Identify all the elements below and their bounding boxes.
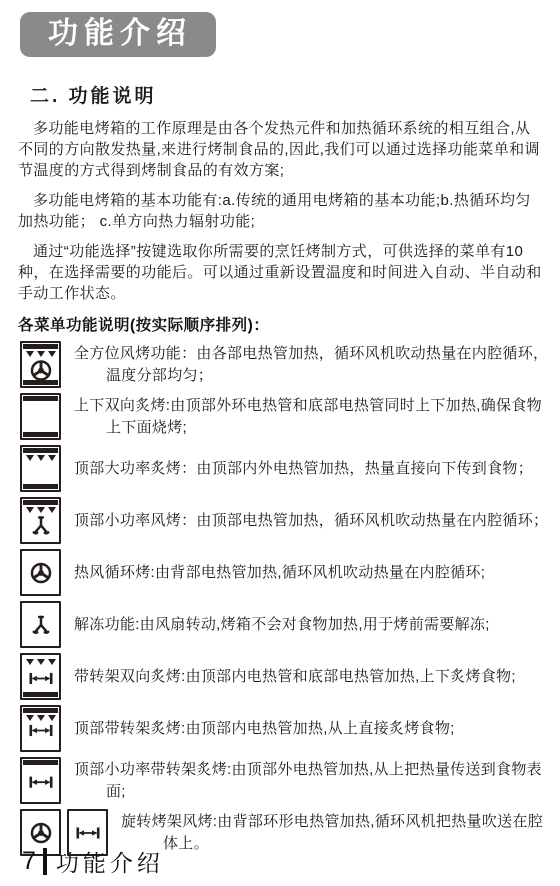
item-text: 带转架双向炙烤:由顶部内电热管和底部电热管加热,上下炙烤食物;	[74, 668, 516, 685]
top-high-power-grill-icon	[20, 445, 61, 492]
function-list: 1、全方位风烤功能：由各部电热管加热，循环风机吹动热量在内腔循环，温度分部均匀；…	[20, 341, 550, 856]
item-icon-strip	[20, 705, 61, 752]
item-description: 4、顶部小功率风烤：由顶部电热管加热，循环风机吹动热量在内腔循环；	[74, 510, 548, 532]
paragraph: 通过“功能选择”按键选取你所需要的烹饪烤制方式，可供选择的菜单有10种，在选择需…	[18, 241, 542, 304]
item-text: 旋转烤架风烤:由背部环形电热管加热,循环风机把热量吹送在腔体上。	[121, 813, 543, 852]
all-around-fan-bake-icon	[20, 341, 61, 388]
footer-divider	[43, 848, 47, 875]
manual-page: 功能介绍 二. 功能说明 多功能电烤箱的工作原理是由各个发热元件和加热循环系统的…	[0, 0, 560, 886]
function-list-item: 9、顶部小功率带转架炙烤:由顶部外电热管加热,从上把热量传送到食物表面;	[20, 757, 550, 804]
item-icon-strip	[20, 497, 61, 544]
item-description: 7、带转架双向炙烤:由顶部内电热管和底部电热管加热,上下炙烤食物;	[74, 666, 516, 688]
page-footer: 7 功能介绍	[22, 845, 164, 878]
page-number: 7	[22, 847, 36, 876]
top-heat-bar	[23, 708, 58, 713]
wheel-fan-glyph	[29, 359, 52, 382]
heat-element-triangles	[22, 659, 59, 665]
bottom-heat-bar	[23, 692, 58, 697]
propeller-glyph	[30, 614, 51, 635]
spit-glyph	[75, 825, 101, 840]
item-text: 解冻功能:由风扇转动,烤箱不会对食物加热,用于烤前需要解冻;	[74, 616, 490, 633]
item-icon-strip	[20, 341, 61, 388]
top-heat-bar	[23, 760, 58, 765]
propeller-glyph	[30, 515, 51, 536]
item-icon-strip	[20, 601, 61, 648]
function-list-item: 8、顶部带转架炙烤:由顶部内电热管加热,从上直接炙烤食物;	[20, 705, 550, 752]
item-icon-strip	[20, 445, 61, 492]
bottom-heat-bar	[23, 484, 58, 489]
top-heat-bar	[23, 448, 58, 453]
function-list-item: 5、热风循环烤:由背部电热管加热,循环风机吹动热量在内腔循环;	[20, 549, 550, 596]
item-description: 3、顶部大功率炙烤：由顶部内外电热管加热，热量直接向下传到食物；	[74, 458, 533, 480]
wheel-fan-glyph	[29, 561, 52, 584]
intro-paragraphs: 多功能电烤箱的工作原理是由各个发热元件和加热循环系统的相互组合,从不同的方向散发…	[18, 118, 542, 304]
spit-glyph	[28, 671, 54, 686]
item-description: 9、顶部小功率带转架炙烤:由顶部外电热管加热,从上把热量传送到食物表面;	[74, 759, 550, 803]
function-list-item: 1、全方位风烤功能：由各部电热管加热，循环风机吹动热量在内腔循环，温度分部均匀；	[20, 341, 550, 388]
top-heat-bar	[23, 396, 58, 401]
menu-list-heading: 各菜单功能说明(按实际顺序排列)：	[18, 313, 560, 335]
top-heat-bar	[23, 344, 58, 349]
paragraph: 多功能电烤箱的工作原理是由各个发热元件和加热循环系统的相互组合,从不同的方向散发…	[18, 118, 542, 181]
item-description: 10、旋转烤架风烤:由背部环形电热管加热,循环风机把热量吹送在腔体上。	[121, 811, 550, 855]
spit-glyph	[28, 774, 54, 789]
function-list-item: 7、带转架双向炙烤:由顶部内电热管和底部电热管加热,上下炙烤食物;	[20, 653, 550, 700]
heat-element-triangles	[22, 455, 59, 461]
item-text: 顶部小功率带转架炙烤:由顶部外电热管加热,从上把热量传送到食物表面;	[74, 761, 542, 800]
wheel-fan-glyph	[29, 821, 52, 844]
item-icon-strip	[20, 549, 61, 596]
item-text: 上下双向炙烤:由顶部外环电热管和底部电热管同时上下加热,确保食物上下面烧烤;	[74, 397, 542, 436]
rotisserie-dual-grill-icon	[20, 653, 61, 700]
function-list-item: 2、上下双向炙烤:由顶部外环电热管和底部电热管同时上下加热,确保食物上下面烧烤;	[20, 393, 550, 440]
rotisserie-low-power-icon	[20, 757, 61, 804]
item-description: 1、全方位风烤功能：由各部电热管加热，循环风机吹动热量在内腔循环，温度分部均匀；	[74, 343, 550, 387]
bottom-heat-bar	[23, 380, 58, 385]
item-description: 8、顶部带转架炙烤:由顶部内电热管加热,从上直接炙烤食物;	[74, 718, 455, 740]
top-heat-bar	[23, 500, 58, 505]
heat-element-triangles	[22, 715, 59, 721]
page-banner: 功能介绍	[20, 12, 216, 57]
rotisserie-top-grill-icon	[20, 705, 61, 752]
item-icon-strip	[20, 757, 61, 804]
item-description: 5、热风循环烤:由背部电热管加热,循环风机吹动热量在内腔循环;	[74, 562, 485, 584]
hot-air-circulation-icon	[20, 549, 61, 596]
item-description: 2、上下双向炙烤:由顶部外环电热管和底部电热管同时上下加热,确保食物上下面烧烤;	[74, 395, 550, 439]
item-description: 6、解冻功能:由风扇转动,烤箱不会对食物加热,用于烤前需要解冻;	[74, 614, 490, 636]
item-text: 全方位风烤功能：由各部电热管加热，循环风机吹动热量在内腔循环，温度分部均匀；	[74, 345, 548, 384]
function-list-item: 6、解冻功能:由风扇转动,烤箱不会对食物加热,用于烤前需要解冻;	[20, 601, 550, 648]
spit-glyph	[28, 723, 54, 738]
item-text: 顶部大功率炙烤：由顶部内外电热管加热，热量直接向下传到食物；	[74, 460, 533, 477]
item-icon-strip	[20, 653, 61, 700]
bottom-heat-bar	[23, 432, 58, 437]
footer-title: 功能介绍	[56, 845, 164, 878]
item-text: 热风循环烤:由背部电热管加热,循环风机吹动热量在内腔循环;	[74, 564, 485, 581]
heat-element-triangles	[22, 507, 59, 513]
section-heading: 二. 功能说明	[30, 81, 560, 108]
heat-element-triangles	[22, 351, 59, 357]
item-icon-strip	[20, 393, 61, 440]
top-bottom-heat-icon	[20, 393, 61, 440]
function-list-item: 3、顶部大功率炙烤：由顶部内外电热管加热，热量直接向下传到食物；	[20, 445, 550, 492]
top-low-power-fan-icon	[20, 497, 61, 544]
defrost-fan-icon	[20, 601, 61, 648]
item-text: 顶部小功率风烤：由顶部电热管加热，循环风机吹动热量在内腔循环；	[74, 512, 548, 529]
function-list-item: 4、顶部小功率风烤：由顶部电热管加热，循环风机吹动热量在内腔循环；	[20, 497, 550, 544]
paragraph: 多功能电烤箱的基本功能有:a.传统的通用电烤箱的基本功能;b.热循环均匀加热功能…	[18, 190, 542, 232]
item-text: 顶部带转架炙烤:由顶部内电热管加热,从上直接炙烤食物;	[74, 720, 455, 737]
